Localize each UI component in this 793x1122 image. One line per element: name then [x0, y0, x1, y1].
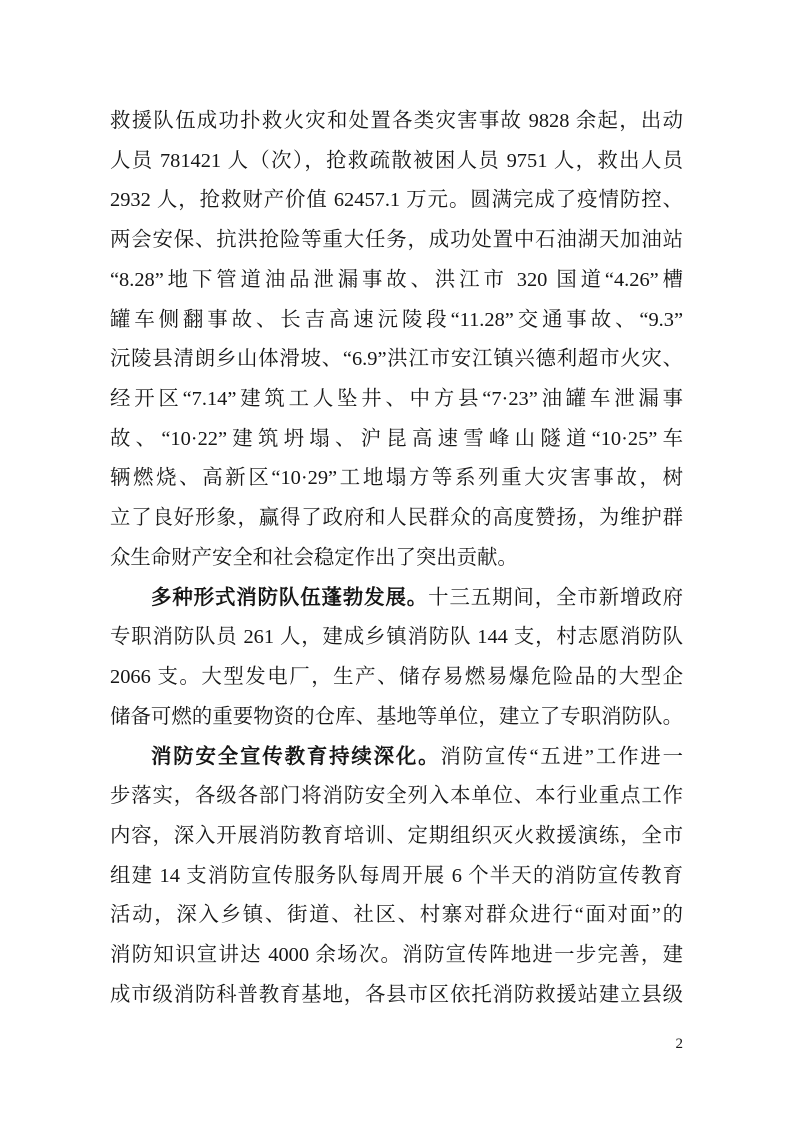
body-text: 2932 人，抢救财产价值 62457.1 万元。圆满完成了疫情防控、 [110, 189, 683, 211]
body-text: 专职消防队员 261 人，建成乡镇消防队 144 支，村志愿消防队 [110, 626, 683, 648]
body-text: 人员 781421 人（次），抢救疏散被困人员 9751 人，救出人员 [110, 150, 683, 172]
text-line: 立了良好形象，赢得了政府和人民群众的高度赞扬，为维护群 [110, 499, 683, 539]
text-line: 救援队伍成功扑救火灾和处置各类灾害事故 9828 余起，出动 [110, 102, 683, 142]
text-line: 经开区“7.14”建筑工人坠井、中方县“7·23”油罐车泄漏事 [110, 380, 683, 420]
body-text: 经开区“7.14”建筑工人坠井、中方县“7·23”油罐车泄漏事 [110, 388, 683, 410]
body-text: 储备可燃的重要物资的仓库、基地等单位，建立了专职消防队。 [110, 706, 683, 728]
body-text: 消防知识宣讲达 4000 余场次。消防宣传阵地进一步完善，建 [110, 944, 683, 966]
body-text: 辆燃烧、高新区“10·29”工地塌方等系列重大灾害事故，树 [110, 467, 683, 489]
body-text: 十三五期间，全市新增政府 [428, 587, 683, 609]
text-line: 成市级消防科普教育基地，各县市区依托消防救援站建立县级 [110, 976, 683, 1016]
text-line: 内容，深入开展消防教育培训、定期组织灭火救援演练，全市 [110, 817, 683, 857]
document-page: 救援队伍成功扑救火灾和处置各类灾害事故 9828 余起，出动人员 781421 … [0, 0, 793, 1122]
body-text: 救援队伍成功扑救火灾和处置各类灾害事故 9828 余起，出动 [110, 110, 683, 132]
body-text: 两会安保、抗洪抢险等重大任务，成功处置中石油湖天加油站 [110, 229, 683, 251]
body-text: 立了良好形象，赢得了政府和人民群众的高度赞扬，为维护群 [110, 507, 683, 529]
text-line: 消防安全宣传教育持续深化。消防宣传“五进”工作进一 [110, 738, 683, 778]
text-line: 2932 人，抢救财产价值 62457.1 万元。圆满完成了疫情防控、 [110, 181, 683, 221]
body-text: 罐车侧翻事故、长吉高速沅陵段“11.28”交通事故、“9.3” [110, 309, 683, 331]
page-footer: 2 [110, 1036, 683, 1053]
text-line: “8.28”地下管道油品泄漏事故、洪江市 320 国道“4.26”槽 [110, 261, 683, 301]
text-line: 步落实，各级各部门将消防安全列入本单位、本行业重点工作 [110, 777, 683, 817]
paragraph-lead-text: 多种形式消防队伍蓬勃发展。 [151, 587, 428, 609]
body-text: 众生命财产安全和社会稳定作出了突出贡献。 [110, 547, 518, 569]
text-line: 沅陵县清朗乡山体滑坡、“6.9”洪江市安江镇兴德利超市火灾、 [110, 340, 683, 380]
paragraph-lead-text: 消防安全宣传教育持续深化。 [151, 746, 440, 768]
body-text: 内容，深入开展消防教育培训、定期组织灭火救援演练，全市 [110, 825, 683, 847]
text-line: 人员 781421 人（次），抢救疏散被困人员 9751 人，救出人员 [110, 142, 683, 182]
text-line: 专职消防队员 261 人，建成乡镇消防队 144 支，村志愿消防队 [110, 618, 683, 658]
document-body: 救援队伍成功扑救火灾和处置各类灾害事故 9828 余起，出动人员 781421 … [110, 102, 683, 1016]
body-text: 2066 支。大型发电厂，生产、储存易燃易爆危险品的大型企业， [110, 666, 683, 698]
body-text: 消防宣传“五进”工作进一 [440, 746, 683, 768]
text-line: 辆燃烧、高新区“10·29”工地塌方等系列重大灾害事故，树 [110, 459, 683, 499]
body-text: 故、“10·22”建筑坍塌、沪昆高速雪峰山隧道“10·25”车 [110, 428, 683, 450]
body-text: 步落实，各级各部门将消防安全列入本单位、本行业重点工作 [110, 785, 683, 807]
text-line: 故、“10·22”建筑坍塌、沪昆高速雪峰山隧道“10·25”车 [110, 420, 683, 460]
body-text: 沅陵县清朗乡山体滑坡、“6.9”洪江市安江镇兴德利超市火灾、 [110, 348, 683, 370]
text-line: 储备可燃的重要物资的仓库、基地等单位，建立了专职消防队。 [110, 698, 683, 738]
text-line: 2066 支。大型发电厂，生产、储存易燃易爆危险品的大型企业， [110, 658, 683, 698]
body-text: 组建 14 支消防宣传服务队每周开展 6 个半天的消防宣传教育 [110, 865, 683, 887]
body-text: “8.28”地下管道油品泄漏事故、洪江市 320 国道“4.26”槽 [110, 269, 683, 291]
text-line: 两会安保、抗洪抢险等重大任务，成功处置中石油湖天加油站 [110, 221, 683, 261]
text-line: 组建 14 支消防宣传服务队每周开展 6 个半天的消防宣传教育 [110, 857, 683, 897]
text-line: 消防知识宣讲达 4000 余场次。消防宣传阵地进一步完善，建 [110, 936, 683, 976]
page-number: 2 [676, 1036, 684, 1052]
text-line: 众生命财产安全和社会稳定作出了突出贡献。 [110, 539, 683, 579]
text-line: 罐车侧翻事故、长吉高速沅陵段“11.28”交通事故、“9.3” [110, 301, 683, 341]
body-text: 活动，深入乡镇、街道、社区、村寨对群众进行“面对面”的 [110, 904, 683, 926]
text-line: 多种形式消防队伍蓬勃发展。十三五期间，全市新增政府 [110, 579, 683, 619]
text-line: 活动，深入乡镇、街道、社区、村寨对群众进行“面对面”的 [110, 896, 683, 936]
body-text: 成市级消防科普教育基地，各县市区依托消防救援站建立县级 [110, 984, 683, 1006]
